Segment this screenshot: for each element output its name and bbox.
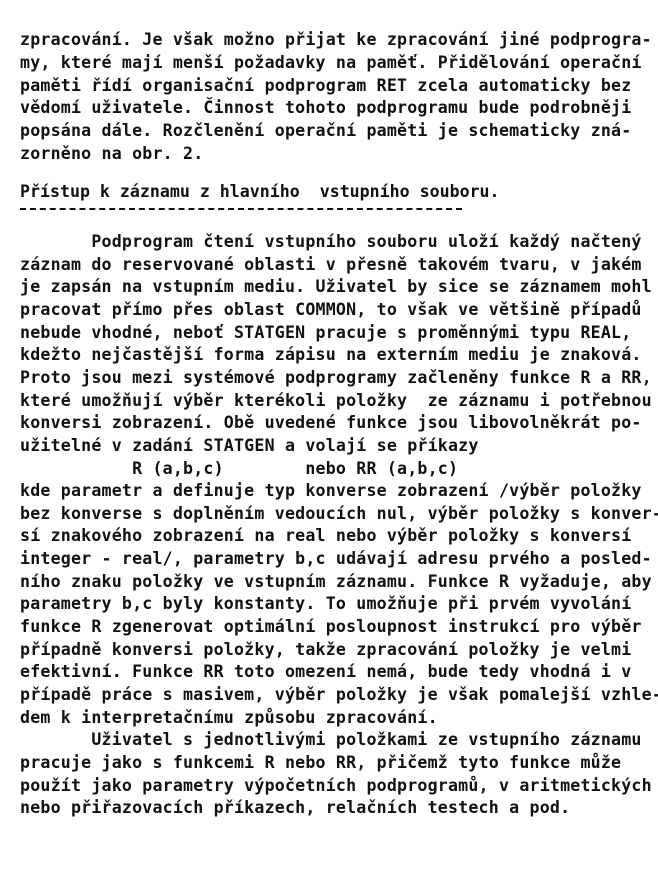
text-line: parametry b,c byly konstanty. To umožňuj… [20, 594, 631, 614]
text-line: zpracování. Je však možno přijat ke zpra… [20, 30, 652, 50]
text-line: vědomí uživatele. Činnost tohoto podprog… [20, 98, 631, 118]
text-line: užitelné v zadání STATGEN a volají se př… [20, 436, 479, 456]
text-line: Proto jsou mezi systémové podprogramy za… [20, 368, 652, 388]
text-line: funkce R zgenerovat optimální posloupnos… [20, 617, 642, 637]
text-line: R (a,b,c) nebo RR (a,b,c) [20, 459, 458, 479]
text-line: je zapsán na vstupním mediu. Uživatel by… [20, 277, 652, 297]
text-line: ního znaku položky ve vstupním záznamu. … [20, 572, 652, 592]
text-line: popsána dále. Rozčlenění operační paměti… [20, 121, 631, 141]
text-line: záznam do reservované oblasti v přesně t… [20, 255, 642, 275]
text-line: Uživatel s jednotlivými položkami ze vst… [20, 730, 642, 750]
text-line: případně konversi položky, takže zpracov… [20, 640, 631, 660]
section-heading: Přístup k záznamu z hlavního vstupního s… [20, 182, 500, 202]
text-line: případě práce s masivem, výběr položky j… [20, 685, 658, 705]
text-line: bez konverse s doplněním vedoucích nul, … [20, 504, 658, 524]
text-line: paměti řídí organisační podprogram RET z… [20, 76, 631, 96]
text-line: kde parametr a definuje typ konverse zob… [20, 481, 642, 501]
text-line: efektivní. Funkce RR toto omezení nemá, … [20, 662, 631, 682]
text-line: sí znakového zobrazení na real nebo výbě… [20, 526, 631, 546]
text-line: integer - real/, parametry b,c udávají a… [20, 549, 652, 569]
text-line: nebo přiřazovacích příkazech, relačních … [20, 798, 570, 818]
text-line: nebude vhodné, neboť STATGEN pracuje s p… [20, 323, 631, 343]
text-line: my, které mají menší požadavky na paměť.… [20, 53, 642, 73]
text-line: Podprogram čtení vstupního souboru uloží… [20, 232, 642, 252]
heading-underline-dashes [20, 208, 462, 210]
text-line: dem k interpretačnímu způsobu zpracování… [20, 708, 438, 728]
text-line: zorněno na obr. 2. [20, 144, 203, 164]
text-line: pracovat přímo přes oblast COMMON, to vš… [20, 300, 642, 320]
text-line: které umožňují výběr kterékoli položky z… [20, 391, 652, 411]
text-line: kdežto nejčastější forma zápisu na exter… [20, 345, 642, 365]
text-line: pracuje jako s funkcemi R nebo RR, přiče… [20, 753, 621, 773]
typewritten-page: zpracování. Je však možno přijat ke zpra… [0, 0, 658, 873]
text-line: konversi zobrazení. Obě uvedené funkce j… [20, 413, 642, 433]
text-line: použít jako parametry výpočetních podpro… [20, 776, 652, 796]
